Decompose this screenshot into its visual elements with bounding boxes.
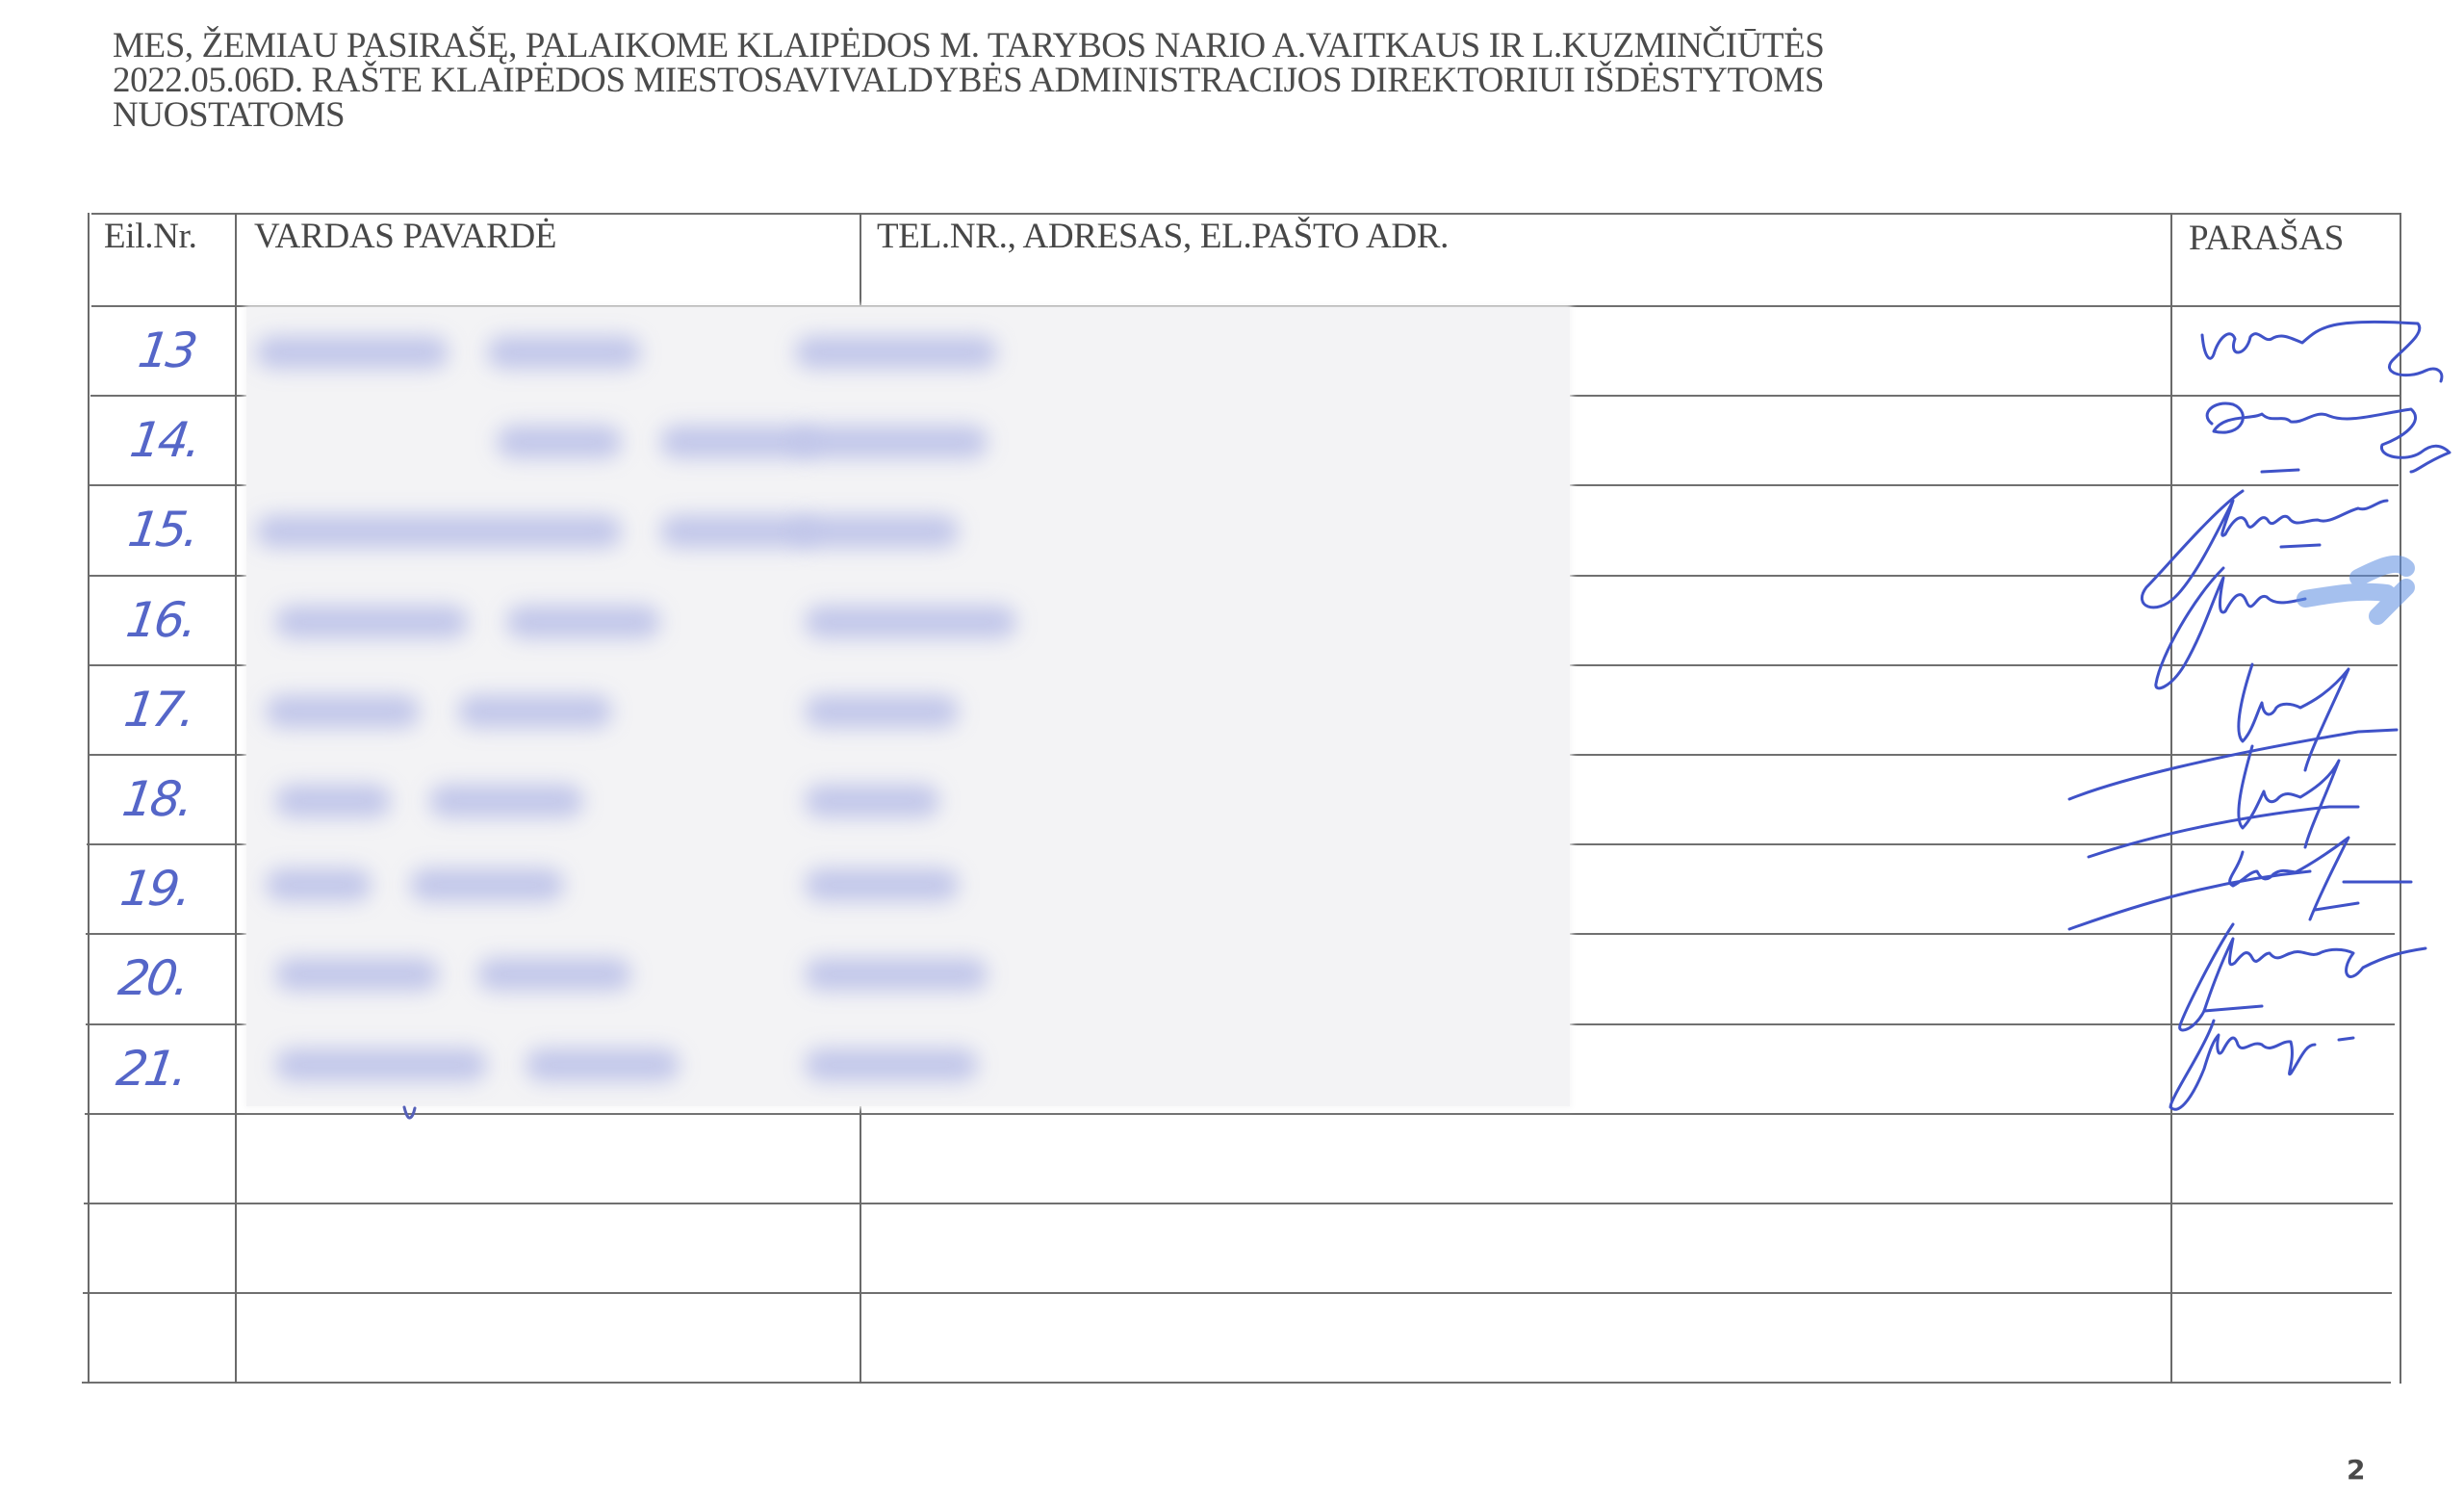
redacted-personal-data <box>246 307 1570 1106</box>
row-border <box>85 1113 2394 1115</box>
blurred-handwriting <box>256 515 622 548</box>
page-number: 2 <box>2347 1454 2365 1486</box>
blurred-handwriting <box>256 336 449 369</box>
signature-row-16 <box>2156 545 2320 688</box>
heading-line-2: 2022.05.06D. RAŠTE KLAIPĖDOS MIESTOSAVIV… <box>113 64 2230 98</box>
row-number: 18. <box>90 771 223 827</box>
signature-row-21 <box>2170 1006 2353 1109</box>
header-signature: PARAŠAS <box>2189 220 2344 258</box>
column-border <box>2400 213 2401 1384</box>
signature-row-17 <box>2069 664 2397 799</box>
blurred-handwriting <box>795 515 959 548</box>
blurred-handwriting <box>497 426 622 458</box>
row-border <box>83 1292 2392 1294</box>
blurred-handwriting <box>805 785 939 817</box>
header-number: Eil.Nr. <box>104 218 197 256</box>
blurred-handwriting <box>487 336 641 369</box>
ink-smudge <box>2305 564 2406 616</box>
blurred-handwriting <box>805 606 1016 638</box>
blurred-handwriting <box>805 695 959 728</box>
blurred-handwriting <box>660 426 814 458</box>
blurred-handwriting <box>275 958 439 991</box>
blurred-handwriting <box>805 868 959 901</box>
blurred-handwriting <box>805 1048 978 1081</box>
header-contact: TEL.NR., ADRESAS, EL.PAŠTO ADR. <box>877 218 1449 256</box>
signature-row-18 <box>2089 746 2358 857</box>
signature-row-13 <box>2202 322 2442 381</box>
header-name: VARDAS PAVARDĖ <box>254 218 556 256</box>
signature-row-20 <box>2180 903 2425 1030</box>
ink-mark <box>402 1105 418 1121</box>
blurred-handwriting <box>805 958 988 991</box>
blurred-handwriting <box>506 606 660 638</box>
row-number: 16. <box>94 592 227 648</box>
blurred-handwriting <box>795 426 988 458</box>
row-number: 13 <box>100 323 233 378</box>
blurred-handwriting <box>275 606 468 638</box>
table-top-border <box>91 213 2400 215</box>
column-border <box>235 213 237 1384</box>
blurred-handwriting <box>429 785 583 817</box>
signature-row-15 <box>2142 470 2387 608</box>
signature-row-19 <box>2069 838 2411 929</box>
row-number: 15. <box>96 502 229 557</box>
column-border <box>2170 213 2172 1384</box>
blurred-handwriting <box>660 515 814 548</box>
column-border <box>88 213 90 1384</box>
row-number: 17. <box>92 682 225 738</box>
blurred-handwriting <box>526 1048 680 1081</box>
row-number: 20. <box>87 950 219 1006</box>
blurred-handwriting <box>458 695 612 728</box>
blurred-handwriting <box>275 1048 487 1081</box>
blurred-handwriting <box>275 785 391 817</box>
row-number: 21. <box>85 1041 218 1097</box>
signature-row-14 <box>2207 403 2450 472</box>
blurred-handwriting <box>410 868 564 901</box>
heading-line-3: NUOSTATOMS <box>113 98 2230 133</box>
row-number: 14. <box>98 412 231 468</box>
blurred-handwriting <box>477 958 631 991</box>
row-border <box>84 1203 2393 1204</box>
row-number: 19. <box>89 861 221 917</box>
heading-line-1: MES, ŽEMIAU PASIRAŠĘ, PALAIKOME KLAIPĖDO… <box>113 29 2230 64</box>
blurred-handwriting <box>266 868 372 901</box>
document-heading: MES, ŽEMIAU PASIRAŠĘ, PALAIKOME KLAIPĖDO… <box>113 29 2230 133</box>
row-border <box>82 1382 2391 1384</box>
blurred-handwriting <box>795 336 997 369</box>
blurred-handwriting <box>266 695 420 728</box>
